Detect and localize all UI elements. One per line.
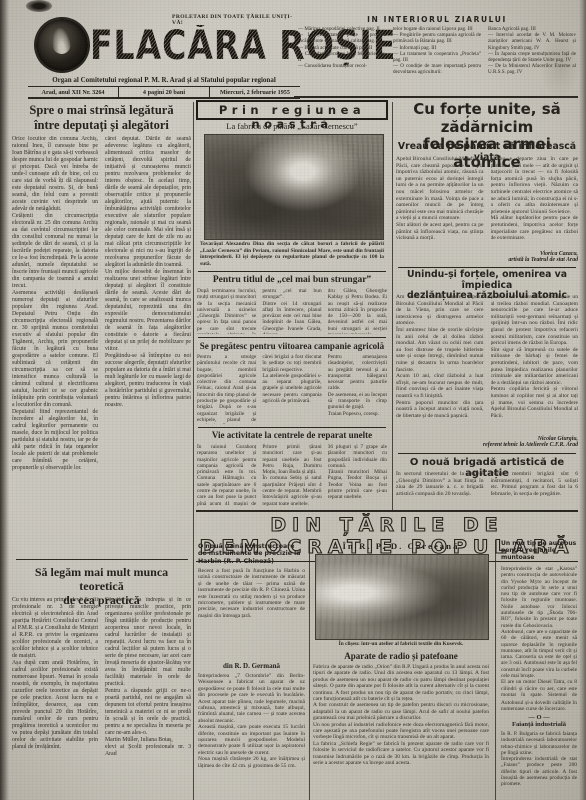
- tools-headline: Vie activitate la centrele de reparat un…: [196, 430, 388, 440]
- vertical-rule-right: [392, 102, 393, 510]
- section-divider: — O —: [501, 714, 577, 721]
- hat-factory-subtitle: La fabrica de pălării „Lazăr Cernescu”: [196, 121, 388, 131]
- hat-factory-photo: [204, 134, 384, 240]
- germany-title: din R. D. Germană: [198, 662, 305, 670]
- faience-body: În R. P. Bulgaria se fabrică faianța ind…: [501, 731, 577, 800]
- dateline-date: Miercuri, 2 februarie 1955: [209, 87, 300, 97]
- atomic-sub2-signature: Nicolae Giurgiu, referent tehnic la Atel…: [440, 436, 578, 448]
- school-article-body: Cu viu interes au primit elevii Școlii p…: [12, 597, 191, 800]
- school-article-col-2: Situația se va îndrepta și în ce priveșt…: [105, 597, 191, 800]
- left-article-col-2: cărei deputat. Dările de seamă adeveresc…: [105, 136, 191, 556]
- flame-emblem-icon: [36, 19, 88, 71]
- middle-rule-1: [198, 271, 386, 272]
- textile-mill-photo: [315, 554, 489, 640]
- vertical-rule-left: [193, 102, 194, 800]
- newspaper-subtitle: Organ al Comitetului regional P. M. R. A…: [28, 76, 300, 84]
- atomic-sub1-col-1: Apelul Biroului Consiliului Mondial al P…: [396, 156, 484, 250]
- tools-col-1: În raionul Gurahonț repararea uneltelor …: [197, 444, 256, 506]
- campaign-col-1: Pentru a smulge pămîntului recolte cît m…: [197, 354, 256, 424]
- radio-title: Aparate de radio și patefoane: [313, 651, 489, 661]
- atomic-sub1-col-2: că nu e departe ziua în care pe pămîntul…: [491, 156, 579, 250]
- radio-body: Fabrica de aparate de radio „Orion” din …: [313, 664, 489, 800]
- harbin-body: Recent a fost pusă în funcțiune la Harbi…: [198, 568, 305, 660]
- paper-stain: [540, 30, 580, 100]
- lathe-body: După terminarea lucrului, mulți strungar…: [197, 288, 387, 334]
- campaign-body: Pentru a smulge pămîntului recolte cît m…: [197, 354, 387, 424]
- newspaper-front-page: PROLETARI DIN TOATE ȚĂRILE UNIȚI-VĂ! FLA…: [0, 0, 586, 800]
- bus-title: Un nou tip de autobus pentru regiunile m…: [501, 540, 577, 561]
- atomic-sub2-col-1: Am citit cu mult interes Apelul Biroului…: [396, 294, 484, 434]
- brigade-body: În sectorul tineretului de la uzinele „G…: [396, 471, 578, 509]
- atomic-sub1-signature: Viorica Cazacu, artistă la Teatrul de st…: [440, 251, 578, 263]
- vertical-rule-bottom-1: [309, 540, 310, 800]
- lathe-headline: Pentru titlul de „cel mai bun strungar”: [196, 275, 388, 285]
- left-article-col-1: Orice locuitor din comuna Archiș, raionu…: [12, 136, 98, 556]
- atomic-sub1-body: Apelul Biroului Consiliului Mondial al P…: [396, 156, 578, 250]
- scan-edge-left: [0, 0, 9, 800]
- korea-title: În R. P. D. Coreeană: [313, 541, 489, 551]
- index-bottom-rule: [294, 96, 578, 98]
- brigade-col-1: În sectorul tineretului de la uzinele „G…: [396, 471, 484, 509]
- lathe-col-1: După terminarea lucrului, mulți strungar…: [197, 288, 256, 334]
- korea-caption: În clișeu: într-un atelier al fabricii t…: [313, 641, 489, 648]
- bus-footer: Autobusul și-a dovedit calitățile în num…: [501, 700, 577, 713]
- democracy-top-rule: [196, 510, 578, 512]
- middle-rule-3: [198, 427, 386, 428]
- tools-col-3: 36 pluguri și 7 grape ale țăranilor munc…: [328, 444, 387, 506]
- left-section-rule: [16, 559, 188, 560]
- school-article-col-1: Cu viu interes au primit elevii Școlii p…: [12, 597, 98, 800]
- scan-edge-right: [579, 0, 586, 800]
- region-banner: Prin regiunea noastră: [196, 100, 388, 120]
- left-article-body: Orice locuitor din comuna Archiș, raionu…: [12, 136, 191, 556]
- lathe-col-3: dru Gălea, Gheorghe Kablay și Petru Bode…: [328, 288, 387, 334]
- right-rule-1: [398, 267, 576, 268]
- dateline-issue: Arad, anul XII Nr. 3264: [28, 87, 118, 97]
- faience-title: Faianță industrială: [501, 721, 577, 728]
- campaign-col-3: Pentru amenajarea răsadnițelor, colectiv…: [328, 354, 387, 424]
- ink-blotch: [26, 0, 52, 12]
- right-rule-2: [398, 453, 576, 454]
- tools-col-2: Printre primii țărani muncitori care și-…: [262, 444, 321, 506]
- lathe-col-2: pentru „cel mai bun strungar”. Dintre ce…: [262, 288, 321, 334]
- tools-body: În raionul Gurahonț repararea uneltelor …: [197, 444, 387, 506]
- index-col-1: — Mărirea gospodăriei colective pag. II …: [298, 26, 386, 94]
- campaign-col-2: cărei brigăzi a fost discutat în ședințe…: [262, 354, 321, 424]
- atomic-sub2-col-2: pe acei care încearcă să dezlănțuie un a…: [491, 294, 579, 434]
- index-col-2: telor bogate din raionul Lipova pag. III…: [393, 26, 481, 94]
- index-columns: — Mărirea gospodăriei colective pag. II …: [298, 26, 576, 94]
- middle-rule-2: [198, 337, 386, 338]
- hat-factory-caption: Tovarășul Alexandru Dina din secția de c…: [200, 241, 384, 269]
- left-article-headline: Spre o mai strînsă legătură între deputa…: [12, 103, 191, 133]
- germany-body: Întreprinderea „7 Octombrie” din Berlin-…: [198, 673, 305, 800]
- flame-shape: [50, 27, 71, 55]
- index-title: IN INTERIORUL ZIARULUI: [298, 15, 576, 24]
- dateline-price: 4 pagini 20 bani: [118, 87, 209, 97]
- dateline: Arad, anul XII Nr. 3264 4 pagini 20 bani…: [28, 86, 300, 99]
- harbin-title: O nouă uzină constructoare de instrument…: [198, 543, 305, 565]
- campaign-headline: Se pregătesc pentru viitoarea campanie a…: [196, 341, 388, 351]
- brigade-col-2: Printre membrii brigăzii sînt 6 instrume…: [491, 471, 579, 509]
- vertical-rule-bottom-2: [495, 540, 496, 800]
- atomic-sub2-body: Am citit cu mult interes Apelul Biroului…: [396, 294, 578, 434]
- bus-body: Întreprinderile de stat „Karosa” pentru …: [501, 566, 577, 698]
